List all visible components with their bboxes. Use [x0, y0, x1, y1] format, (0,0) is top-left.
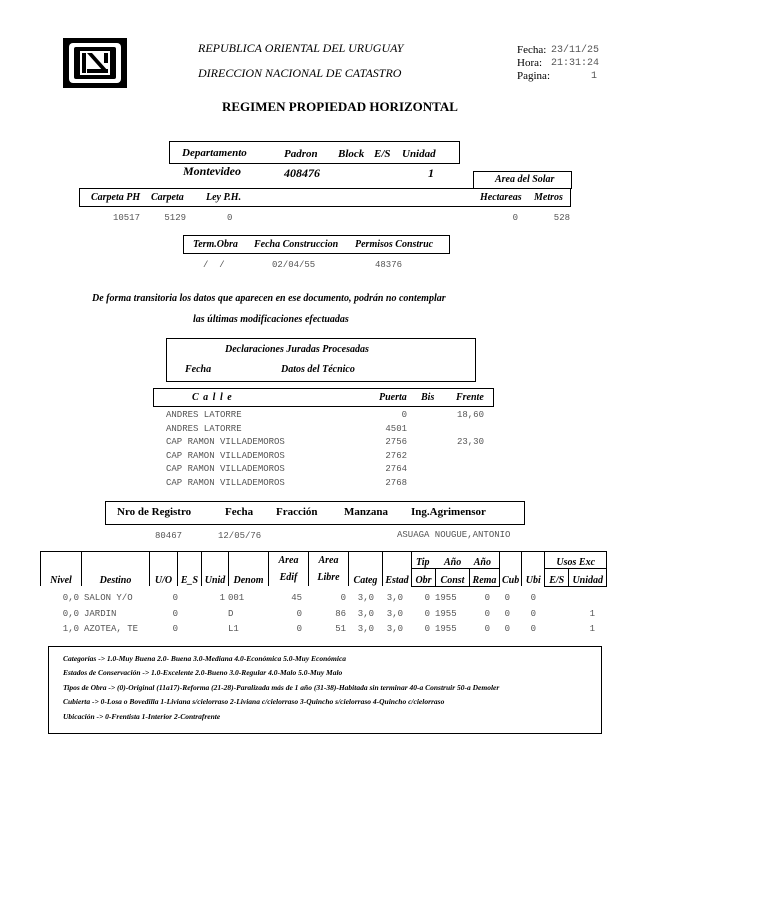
cub-header: Cub	[500, 552, 522, 587]
unidad-cub: 0	[492, 609, 510, 619]
carpeta-ph-header: Carpeta PH	[91, 192, 140, 203]
pagina-value: 1	[560, 71, 597, 82]
permisos-value: 48376	[375, 260, 402, 270]
legend-tipos-obra: Tipos de Obra -> (0)-Original (11a17)-Re…	[63, 683, 499, 692]
fecha-label: Fecha:	[517, 44, 546, 56]
calle-header: C a l l e	[192, 392, 233, 403]
unidad-nivel: 0,0	[44, 593, 79, 603]
calle-calle: CAP RAMON VILLADEMOROS	[166, 437, 285, 447]
destino-header: Destino	[82, 552, 150, 587]
agrimensor-value: ASUAGA NOUGUE,ANTONIO	[397, 530, 510, 540]
metros-value: 528	[535, 213, 570, 223]
denom-header: Denom	[229, 552, 269, 587]
departamento-header: Departamento	[182, 147, 247, 159]
org-line1: REPUBLICA ORIENTAL DEL URUGUAY	[198, 41, 403, 56]
agrimensor-header: Ing.Agrimensor	[411, 506, 486, 518]
declaraciones-fecha-label: Fecha	[185, 364, 211, 375]
unidad-obr: 0	[410, 624, 430, 634]
calle-calle: CAP RAMON VILLADEMOROS	[166, 464, 285, 474]
fecha-construccion-header: Fecha Construccion	[254, 239, 338, 250]
calle-puerta: 2768	[370, 478, 407, 488]
unidad-categ: 3,0	[348, 609, 374, 619]
unidad-usos-unidad: 1	[565, 609, 595, 619]
es-header: E/S	[374, 148, 391, 160]
unidad-destino: SALON Y/O	[84, 593, 154, 603]
block-header: Block	[338, 148, 364, 160]
unidad-area-edif: 45	[266, 593, 302, 603]
calle-calle: CAP RAMON VILLADEMOROS	[166, 451, 285, 461]
legend-box: Categorías -> 1.0-Muy Buena 2.0- Buena 3…	[48, 646, 602, 734]
dnc-logo-icon	[63, 38, 127, 88]
unidad-rema: 0	[468, 609, 490, 619]
calle-frente: 18,60	[452, 410, 484, 420]
permisos-header: Permisos Construc	[355, 239, 433, 250]
unidad-ubi: 0	[515, 624, 536, 634]
uo-header: U/O	[150, 552, 178, 587]
area-solar-label: Area del Solar	[495, 174, 554, 185]
registro-fecha-header: Fecha	[225, 506, 253, 518]
legend-categorias: Categorías -> 1.0-Muy Buena 2.0- Buena 3…	[63, 654, 346, 663]
area-edif-header: AreaEdif	[269, 552, 309, 587]
area-libre-header: AreaLibre	[309, 552, 349, 587]
departamento-value: Montevideo	[183, 164, 241, 179]
calle-calle: ANDRES LATORRE	[166, 410, 242, 420]
fecha-construccion-value: 02/04/55	[272, 260, 315, 270]
org-line2: DIRECCION NACIONAL DE CATASTRO	[198, 66, 401, 81]
unidad-estad: 3,0	[377, 624, 403, 634]
unidad-area-edif: 0	[266, 609, 302, 619]
unidad-nivel: 0,0	[44, 609, 79, 619]
calle-puerta: 2756	[370, 437, 407, 447]
unidad-ubi: 0	[515, 593, 536, 603]
categ-header: Categ	[349, 552, 383, 587]
unidad-uo: 0	[160, 624, 178, 634]
registro-fecha-value: 12/05/76	[218, 531, 261, 541]
fecha-value: 23/11/25	[551, 45, 599, 56]
obr-header: Obr	[412, 569, 436, 586]
unidad-area-libre: 0	[306, 593, 346, 603]
notice-line2: las últimas modificaciones efectuadas	[193, 314, 349, 325]
metros-header: Metros	[534, 192, 563, 203]
unidad-area-libre: 51	[306, 624, 346, 634]
bis-header: Bis	[421, 392, 434, 403]
hora-value: 21:31:24	[551, 58, 599, 69]
padron-value: 408476	[284, 166, 320, 181]
unidad-const: 1955	[435, 593, 465, 603]
es-col-header: E_S	[178, 552, 202, 587]
unidad-area-libre: 86	[306, 609, 346, 619]
unidad-obr: 0	[410, 593, 430, 603]
unidad-cub: 0	[492, 593, 510, 603]
unidad-uo: 0	[160, 609, 178, 619]
calle-puerta: 0	[370, 410, 407, 420]
declaraciones-title: Declaraciones Juradas Procesadas	[225, 344, 369, 355]
fraccion-header: Fracción	[276, 506, 318, 518]
unidad-categ: 3,0	[348, 624, 374, 634]
term-obra-header: Term.Obra	[193, 239, 238, 250]
usos-es-header: E/S	[545, 569, 569, 586]
unidad-uo: 0	[160, 593, 178, 603]
legend-ubicacion: Ubicación -> 0-Frentista 1-Interior 2-Co…	[63, 712, 220, 721]
unidad-denom: 001	[228, 593, 264, 603]
unidad-denom: D	[228, 609, 264, 619]
unidad-denom: L1	[228, 624, 264, 634]
pagina-label: Pagina:	[517, 70, 550, 82]
ubi-header: Ubi	[522, 552, 545, 587]
hora-label: Hora:	[517, 57, 542, 69]
unidad-rema: 0	[468, 593, 490, 603]
unidad-rema: 0	[468, 624, 490, 634]
unidad-obr: 0	[410, 609, 430, 619]
unidad-cub: 0	[492, 624, 510, 634]
unidad-ubi: 0	[515, 609, 536, 619]
nro-registro-value: 80467	[155, 531, 182, 541]
unidad-nivel: 1,0	[44, 624, 79, 634]
declaraciones-tecnico-label: Datos del Técnico	[281, 364, 355, 375]
legend-cubierta: Cubierta -> 0-Losa o Bovedilla 1-Liviana…	[63, 697, 444, 706]
hectareas-value: 0	[490, 213, 518, 223]
frente-header: Frente	[456, 392, 484, 403]
unidad-destino: AZOTEA, TE	[84, 624, 154, 634]
usos-exc-header: Usos Exc	[545, 552, 607, 569]
carpeta-value: 5129	[150, 213, 186, 223]
const-header: Const	[436, 569, 470, 586]
notice-line1: De forma transitoria los datos que apare…	[92, 293, 446, 304]
unidad-const: 1955	[435, 624, 465, 634]
unidad-area-edif: 0	[266, 624, 302, 634]
manzana-header: Manzana	[344, 506, 388, 518]
nivel-header: Nivel	[41, 552, 82, 587]
tip-ano-header: Tip Año Año	[412, 552, 500, 569]
unidades-table-header: Nivel Destino U/O E_S Unid Denom AreaEdi…	[40, 551, 607, 587]
carpeta-ph-value: 10517	[100, 213, 140, 223]
ley-ph-value: 0	[227, 213, 232, 223]
page-title: REGIMEN PROPIEDAD HORIZONTAL	[222, 99, 458, 115]
unidad-value: 1	[428, 166, 434, 181]
calle-calle: ANDRES LATORRE	[166, 424, 242, 434]
legend-estados: Estados de Conservación -> 1.0-Excelente…	[63, 668, 342, 677]
unidad-destino: JARDIN	[84, 609, 154, 619]
estad-header: Estad	[383, 552, 412, 587]
unidad-estad: 3,0	[377, 609, 403, 619]
unid-header: Unid	[202, 552, 229, 587]
rema-header: Rema	[470, 569, 500, 586]
unidad-unid: 1	[200, 593, 225, 603]
calle-calle: CAP RAMON VILLADEMOROS	[166, 478, 285, 488]
ley-ph-header: Ley P.H.	[206, 192, 241, 203]
unidad-const: 1955	[435, 609, 465, 619]
padron-header: Padron	[284, 148, 318, 160]
term-obra-value: / /	[203, 260, 225, 270]
unidad-estad: 3,0	[377, 593, 403, 603]
hectareas-header: Hectareas	[480, 192, 522, 203]
unidad-header: Unidad	[402, 148, 436, 160]
carpeta-header: Carpeta	[151, 192, 184, 203]
nro-registro-header: Nro de Registro	[117, 506, 191, 518]
calle-puerta: 4501	[370, 424, 407, 434]
calle-puerta: 2762	[370, 451, 407, 461]
usos-unidad-header: Unidad	[569, 569, 607, 586]
puerta-header: Puerta	[379, 392, 407, 403]
unidad-categ: 3,0	[348, 593, 374, 603]
unidad-usos-unidad: 1	[565, 624, 595, 634]
calle-puerta: 2764	[370, 464, 407, 474]
calle-frente: 23,30	[452, 437, 484, 447]
